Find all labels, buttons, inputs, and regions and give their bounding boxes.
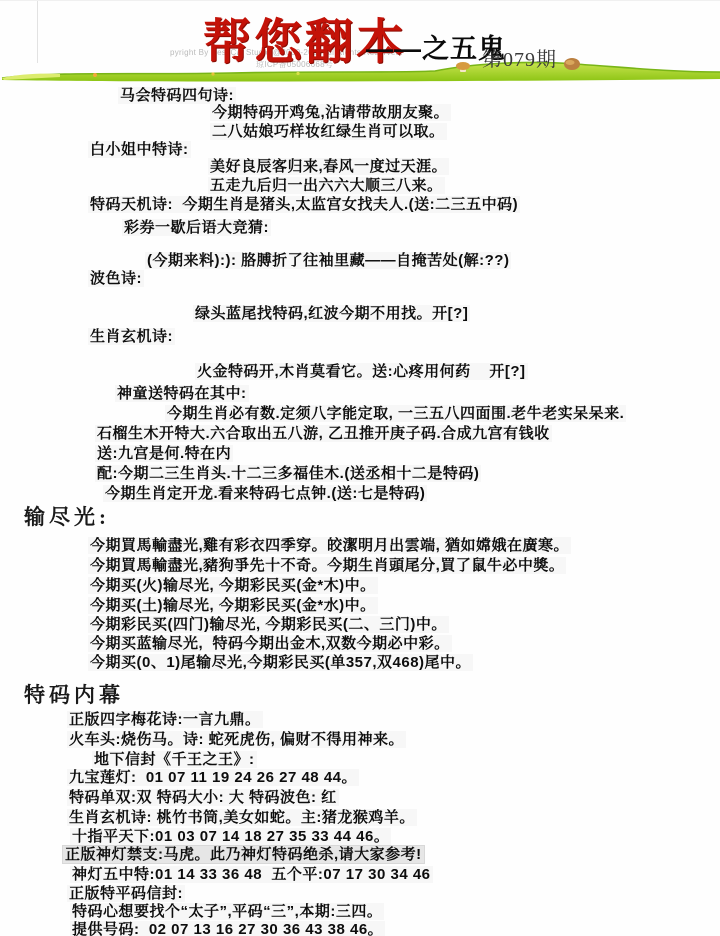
shentong-line: 今期生肖定开龙.看来特码七点钟.(送:七是特码)	[103, 485, 427, 502]
neimu-highlight-line: 正版神灯禁支:马虎。此乃神灯特码绝杀,请大家参考!	[63, 846, 424, 863]
caiquan-label: 彩券一歇后语大竞猜:	[122, 219, 271, 236]
neimu-line: 正版四字梅花诗:一言九鼎。	[67, 711, 263, 728]
mahui-poem-line: 今期特码开鸡兔,沾请带故朋友聚。	[210, 104, 451, 121]
issue-number: 第079期	[482, 43, 557, 72]
shujinguang-section-header: 输尽光:	[24, 501, 110, 531]
mahui-poem-line: 二八姑娘巧样妆红绿生肖可以取。	[210, 123, 447, 140]
flower-dot-icon	[211, 72, 214, 75]
shentong-label: 神童送特码在其中:	[115, 385, 249, 402]
neimu-line: 正版特平码信封:	[67, 885, 185, 902]
bose-line: 绿头蓝尾找特码,红波今期不用找。开[?]	[193, 305, 470, 322]
shujinguang-line: 今期买(土)输尽光, 今期彩民买(金*水)中。	[88, 597, 378, 614]
neimu-line: 地下信封《千王之王》:	[92, 751, 257, 768]
mahui-poem-label: 马会特码四句诗:	[118, 87, 236, 104]
shengxiao-line: 火金特码开,木肖莫看它。送:心疼用何药 开[?]	[195, 363, 528, 380]
watermark-rule	[37, 1, 38, 63]
bai-poem-line: 美好良辰客归来,春风一度过天涯。	[208, 158, 449, 175]
shentong-line: 石榴生木开特大.六合取出五八游, 乙丑推开庚子码.合成九宫有钱收	[95, 425, 552, 442]
neimu-line: 火车头:烧伤马。诗: 蛇死虎伤, 偏财不得用神来。	[67, 731, 406, 748]
neimu-line: 特码单双:双 特码大小: 大 特码波色: 红	[67, 789, 339, 806]
shujinguang-line: 今期買馬輸盡光,豬狗爭先十不奇。今期生肖頭尾分,買了鼠牛必中獎。	[88, 557, 566, 574]
shujinguang-line: 今期买蓝输尽光, 特码今期出金木,双数今期必中彩。	[88, 635, 452, 652]
shujinguang-line: 今期彩民买(四门)输尽光, 今期彩民买(二、三门)中。	[88, 616, 449, 633]
grass-banner-graphic	[0, 57, 720, 85]
shentong-line: 今期生肖必有数.定须八字能定取, 一三五八四面围.老牛老实呆呆来.	[165, 405, 626, 422]
shujinguang-line: 今期买(火)输尽光, 今期彩民买(金*木)中。	[88, 577, 378, 594]
tianji-poem-line: 特码天机诗: 今期生肖是猪头,太监宫女找夫人.(送:二三五中码)	[88, 196, 520, 213]
shengxiao-label: 生肖玄机诗:	[88, 328, 175, 345]
bai-poem-label: 白小姐中特诗:	[88, 141, 191, 158]
flower-dot-icon	[296, 72, 299, 75]
neimu-section-header: 特码内幕	[24, 679, 124, 709]
neimu-line: 提供号码: 02 07 13 16 27 30 36 43 38 46。	[70, 921, 385, 936]
neimu-line: 神灯五中特:01 14 33 36 48 五个平:07 17 30 34 46	[70, 866, 433, 883]
shentong-line: 配:今期二三生肖头.十二三多福佳木.(送丞相十二是特码)	[95, 465, 481, 482]
lottery-tip-sheet: pyright By DeskCal Studio @2000-2005 All…	[0, 0, 720, 936]
neimu-line: 十指平天下:01 03 07 14 18 27 35 33 44 46。	[70, 828, 391, 845]
flower-dot-icon	[93, 73, 97, 77]
shentong-line: 送:九宫是何.特在内	[95, 445, 233, 462]
mushroom-icon	[564, 58, 580, 70]
shujinguang-line: 今期買馬輸盡光,雞有彩衣四季穿。皎潔明月出雲端, 猶如嫦娥在廣寒。	[88, 537, 571, 554]
bai-poem-line: 五走九后归一出六六大顺三八来。	[208, 177, 445, 194]
bose-label: 波色诗:	[88, 270, 144, 287]
lailiao-line: (今期来料):): 胳膊折了往袖里藏——自掩苦处(解:??)	[145, 252, 511, 269]
neimu-line: 九宝莲灯: 01 07 11 19 24 26 27 48 44。	[67, 769, 359, 786]
shujinguang-line: 今期买(0、1)尾输尽光,今期彩民买(单357,双468)尾中。	[88, 654, 473, 671]
neimu-line: 生肖玄机诗: 桃竹书筒,美女如蛇。主:猪龙猴鸡羊。	[67, 809, 417, 826]
neimu-line: 特码心想要找个“太子”,平码“三”,本期:三四。	[70, 903, 384, 920]
